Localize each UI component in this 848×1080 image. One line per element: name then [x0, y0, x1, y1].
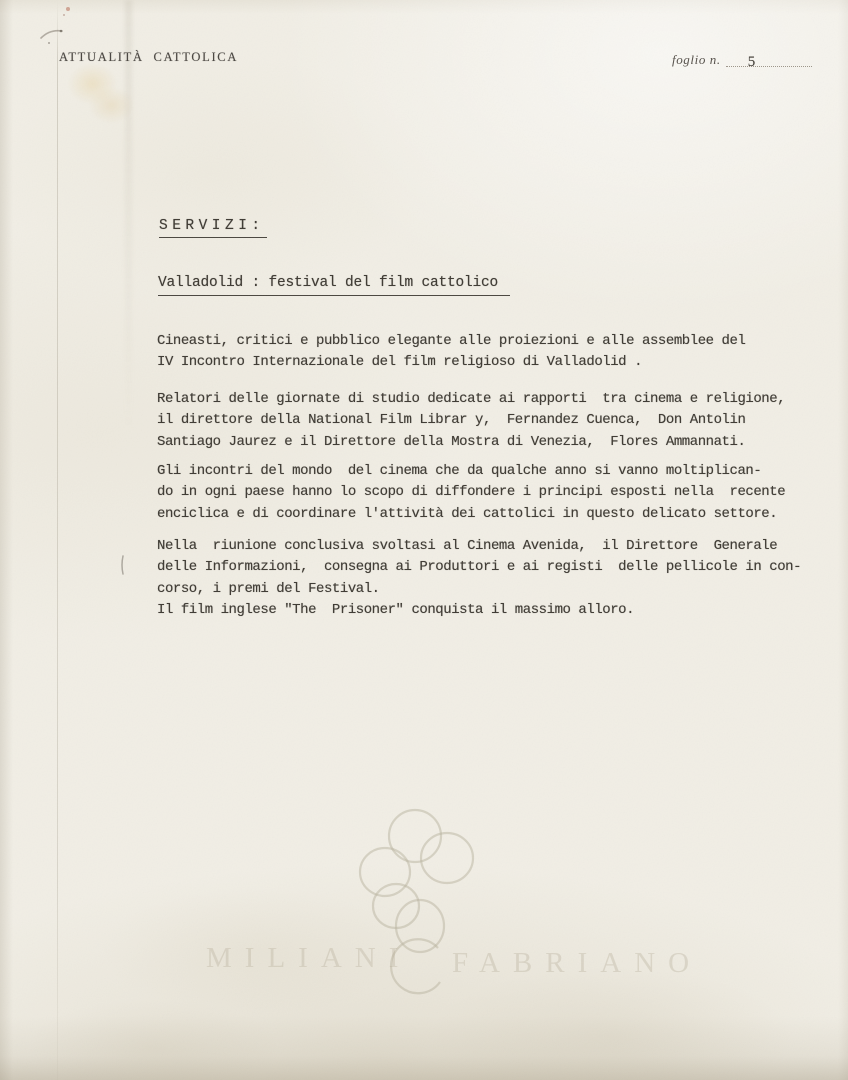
- paragraph-3: Gli incontri del mondo del cinema che da…: [157, 461, 785, 525]
- folio-dotted-leader: 5: [726, 50, 812, 67]
- publication-title: ATTUALITÀ CATTOLICA: [59, 50, 238, 65]
- section-heading: SERVIZI:: [159, 218, 267, 238]
- folio-number: 5: [748, 54, 756, 71]
- paragraph-1: Cineasti, critici e pubblico elegante al…: [157, 331, 745, 374]
- folio-label: foglio n.: [672, 52, 721, 67]
- article-title: Valladolid : festival del film cattolico: [158, 275, 510, 296]
- paragraph-2: Relatori delle giornate di studio dedica…: [157, 389, 785, 453]
- folio-field: foglio n.5: [672, 50, 812, 68]
- document-content: ATTUALITÀ CATTOLICA foglio n.5 SERVIZI: …: [0, 0, 848, 1080]
- scanned-document-page: MILIANI FABRIANO ATTUALITÀ CATTOLICA fog…: [0, 0, 848, 1080]
- paragraph-4: Nella riunione conclusiva svoltasi al Ci…: [157, 536, 801, 622]
